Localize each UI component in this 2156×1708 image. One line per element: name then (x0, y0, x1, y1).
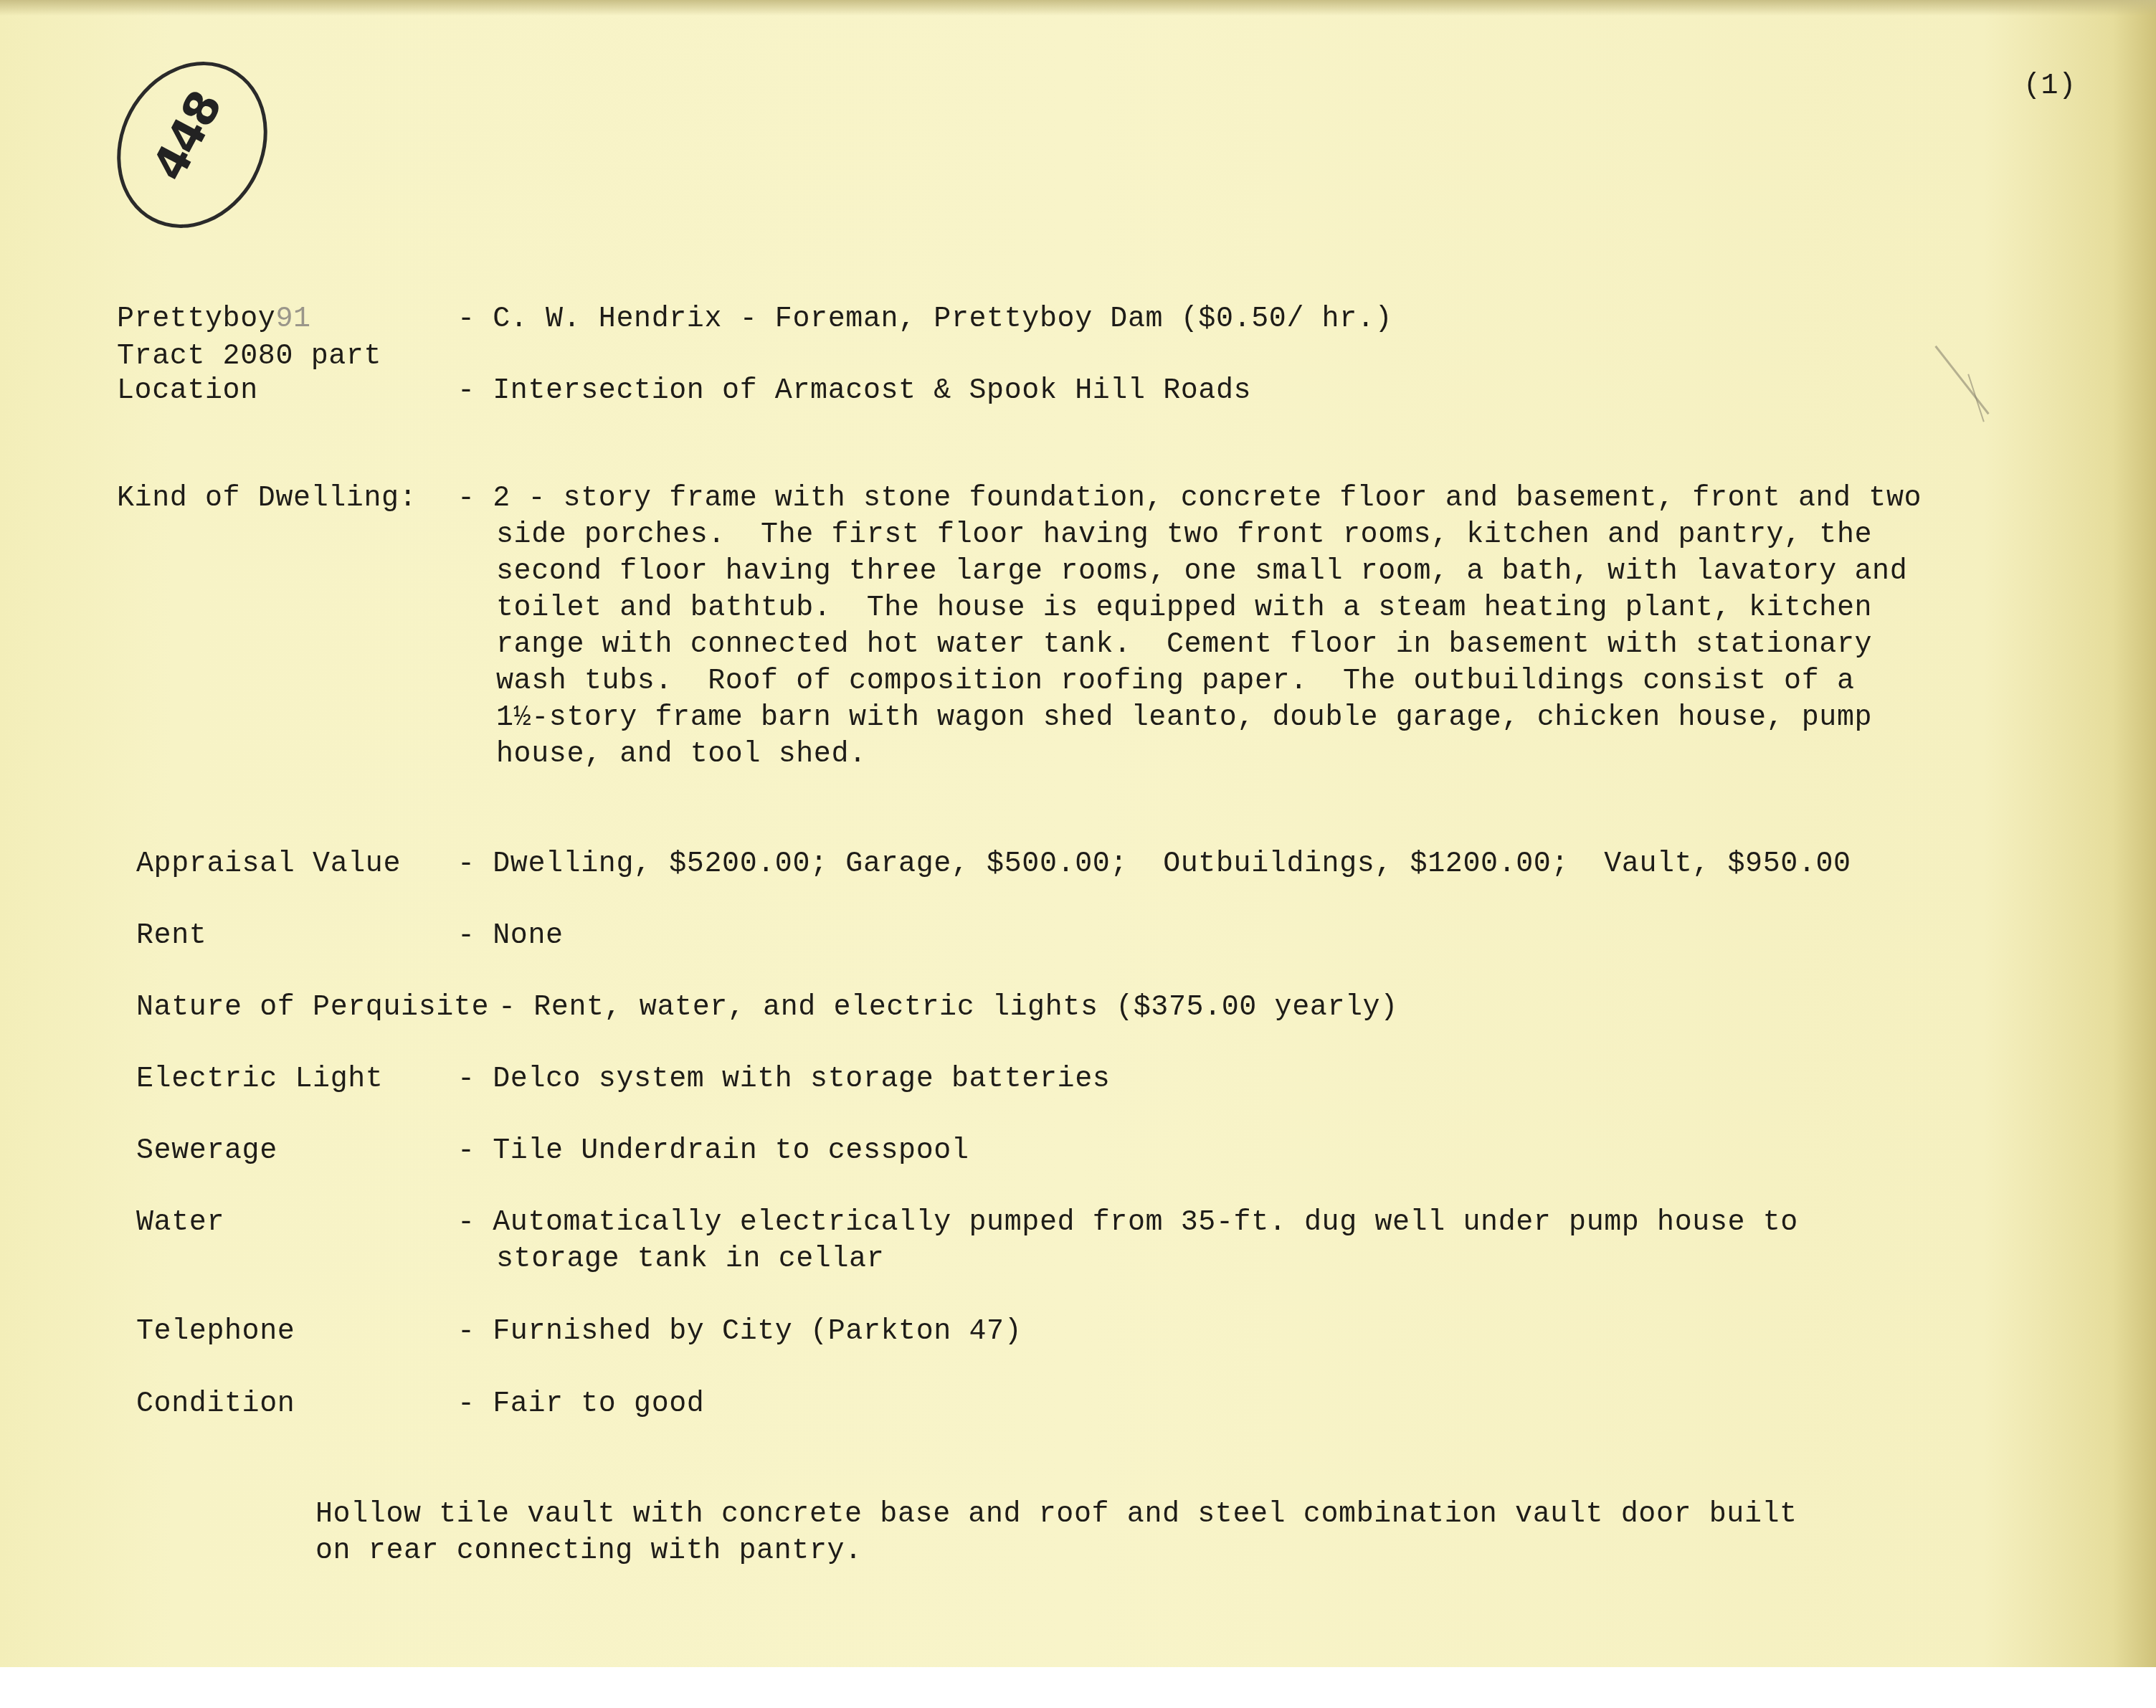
project-name: Prettyboy (117, 303, 275, 336)
dwelling-line: range with connected hot water tank. Cem… (496, 627, 1872, 663)
electric-light-label: Electric Light (136, 1061, 383, 1098)
page-number: (1) (2023, 68, 2076, 105)
water-value: - Automatically electrically pumped from… (457, 1205, 1798, 1241)
dwelling-line: wash tubs. Roof of composition roofing p… (496, 663, 1855, 700)
appraisal-value: - Dwelling, $5200.00; Garage, $500.00; O… (457, 846, 1851, 883)
telephone-label: Telephone (136, 1314, 295, 1350)
document-page: 448 (1) Prettyboy91 - C. W. Hendrix - Fo… (0, 0, 2156, 1667)
condition-value: - Fair to good (457, 1386, 704, 1423)
appraisal-label: Appraisal Value (136, 846, 401, 883)
sewerage-label: Sewerage (136, 1133, 277, 1169)
project-faded-suffix: 91 (275, 303, 310, 336)
project-label: Prettyboy91 (117, 301, 311, 338)
dwelling-label: Kind of Dwelling: (117, 480, 417, 517)
dwelling-line: toilet and bathtub. The house is equippe… (496, 590, 1872, 627)
location-value: - Intersection of Armacost & Spook Hill … (457, 373, 1251, 409)
dwelling-line: side porches. The first floor having two… (496, 517, 1872, 554)
water-label: Water (136, 1205, 224, 1241)
vault-note-line: Hollow tile vault with concrete base and… (315, 1496, 1798, 1533)
perquisite-label: Nature of Perquisite (136, 990, 489, 1026)
project-value: - C. W. Hendrix - Foreman, Prettyboy Dam… (457, 301, 1392, 338)
sewerage-value: - Tile Underdrain to cesspool (457, 1133, 969, 1169)
pencil-mark (1967, 374, 1985, 422)
rent-label: Rent (136, 918, 206, 954)
dwelling-line: - 2 - story frame with stone foundation,… (457, 480, 1922, 517)
condition-label: Condition (136, 1386, 295, 1423)
dwelling-line: second floor having three large rooms, o… (496, 554, 1907, 590)
location-label: Location (117, 373, 258, 409)
dwelling-line: house, and tool shed. (496, 736, 867, 773)
pencil-mark (1934, 346, 1989, 414)
perquisite-value: - Rent, water, and electric lights ($375… (498, 990, 1398, 1026)
electric-light-value: - Delco system with storage batteries (457, 1061, 1110, 1098)
telephone-value: - Furnished by City (Parkton 47) (457, 1314, 1022, 1350)
tract-label: Tract 2080 part (117, 338, 381, 375)
water-value-line2: storage tank in cellar (496, 1241, 884, 1278)
dwelling-line: 1½-story frame barn with wagon shed lean… (496, 700, 1872, 736)
rent-value: - None (457, 918, 564, 954)
vault-note-line: on rear connecting with pantry. (315, 1533, 863, 1570)
